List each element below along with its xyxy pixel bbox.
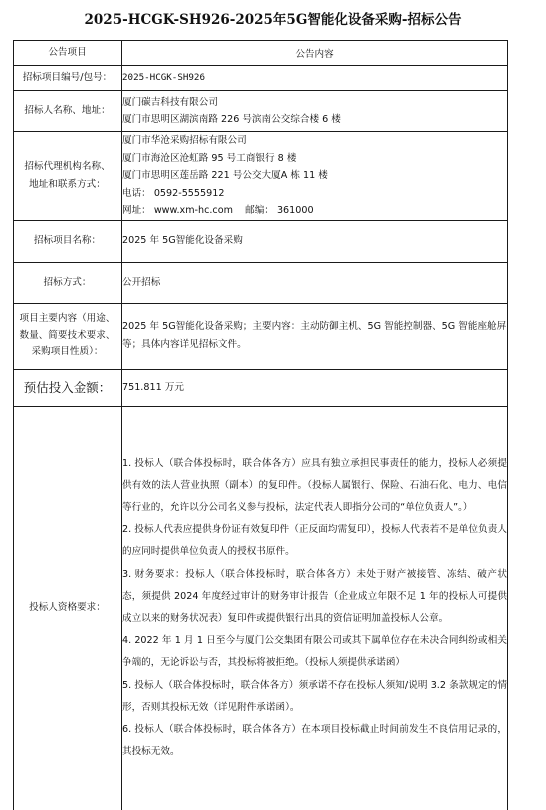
agency-value: 厦门市华沧采购招标有限公司 厦门市海沧区沧虹路 95 号工商银行 8 楼 厦门市… [122, 132, 508, 221]
main-content-label: 项目主要内容（用途、 数量、简要技术要求、 采购项目性质）： [14, 303, 122, 369]
requirement-item-3: 3. 财务要求：投标人（联合体投标时，联合体各方）未处于财产被接管、冻结、破产状… [122, 564, 507, 631]
main-content-label-line-1: 项目主要内容（用途、 [14, 311, 121, 328]
main-content-label-line-3: 采购项目性质）： [14, 344, 121, 361]
agency-website-postcode: 网址： www.xm-hc.com 邮编： 361000 [122, 202, 507, 220]
tenderer-address: 厦门市思明区湖滨南路 226 号滨南公交综合楼 6 楼 [122, 111, 507, 129]
tender-method-label: 招标方式： [14, 262, 122, 303]
table-row-project-name: 招标项目名称： 2025 年 5G智能化设备采购 [14, 220, 508, 262]
agency-label-line-2: 地址和联系方式： [14, 176, 121, 194]
header-col-item: 公告项目 [14, 41, 122, 66]
project-number-label: 招标项目编号/包号： [14, 66, 122, 91]
tender-method-value: 公开招标 [122, 262, 508, 303]
requirement-item-6: 6. 投标人（联合体投标时，联合体各方）在本项目投标截止时间前发生不良信用记录的… [122, 719, 507, 763]
table-row-qualification: 投标人资格要求： 1. 投标人（联合体投标时，联合体各方）应具有独立承担民事责任… [14, 406, 508, 810]
tenderer-value: 厦门碳吉科技有限公司 厦门市思明区湖滨南路 226 号滨南公交综合楼 6 楼 [122, 91, 508, 132]
agency-address-1: 厦门市海沧区沧虹路 95 号工商银行 8 楼 [122, 150, 507, 168]
table-row-main-content: 项目主要内容（用途、 数量、简要技术要求、 采购项目性质）： 2025 年 5G… [14, 303, 508, 369]
agency-phone: 电话： 0592-5555912 [122, 185, 507, 203]
header-col-content: 公告内容 [122, 41, 508, 66]
requirement-item-4: 4. 2022 年 1 月 1 日至今与厦门公交集团有限公司或其下属单位存在未决… [122, 630, 507, 674]
tenderer-name: 厦门碳吉科技有限公司 [122, 94, 507, 112]
table-row-tenderer: 招标人名称、地址： 厦门碳吉科技有限公司 厦门市思明区湖滨南路 226 号滨南公… [14, 91, 508, 132]
project-name-label: 招标项目名称： [14, 220, 122, 262]
agency-label-line-1: 招标代理机构名称、 [14, 158, 121, 176]
main-content-value: 2025 年 5G智能化设备采购；主要内容：主动防御主机、5G 智能控制器、5G… [122, 303, 508, 369]
page-title: 2025-HCGK-SH926-2025年5G智能化设备采购-招标公告 [0, 8, 546, 28]
requirement-item-1: 1. 投标人（联合体投标时，联合体各方）应具有独立承担民事责任的能力，投标人必须… [122, 453, 507, 520]
table-row-tender-method: 招标方式： 公开招标 [14, 262, 508, 303]
qualification-requirements: 1. 投标人（联合体投标时，联合体各方）应具有独立承担民事责任的能力，投标人必须… [122, 406, 508, 810]
main-content-label-line-2: 数量、简要技术要求、 [14, 328, 121, 345]
table-row-agency: 招标代理机构名称、 地址和联系方式： 厦门市华沧采购招标有限公司 厦门市海沧区沧… [14, 132, 508, 221]
estimated-amount-label: 预估投入金额： [14, 369, 122, 406]
notice-table: 公告项目 公告内容 招标项目编号/包号： 2025-HCGK-SH926 招标人… [13, 40, 508, 810]
table-row-estimated-amount: 预估投入金额： 751.811 万元 [14, 369, 508, 406]
agency-label: 招标代理机构名称、 地址和联系方式： [14, 132, 122, 221]
table-row-project-number: 招标项目编号/包号： 2025-HCGK-SH926 [14, 66, 508, 91]
project-number-value: 2025-HCGK-SH926 [122, 66, 508, 91]
qualification-label: 投标人资格要求： [14, 406, 122, 810]
estimated-amount-value: 751.811 万元 [122, 369, 508, 406]
table-header-row: 公告项目 公告内容 [14, 41, 508, 66]
project-name-value: 2025 年 5G智能化设备采购 [122, 220, 508, 262]
requirement-item-5: 5. 投标人（联合体投标时，联合体各方）须承诺不存在投标人须知/说明 3.2 条… [122, 675, 507, 719]
requirement-item-2: 2. 投标人代表应提供身份证有效复印件（正反面均需复印），投标人代表若不是单位负… [122, 519, 507, 563]
agency-address-2: 厦门市思明区莲岳路 221 号公交大厦A 栋 11 楼 [122, 167, 507, 185]
agency-name: 厦门市华沧采购招标有限公司 [122, 132, 507, 150]
tenderer-label: 招标人名称、地址： [14, 91, 122, 132]
